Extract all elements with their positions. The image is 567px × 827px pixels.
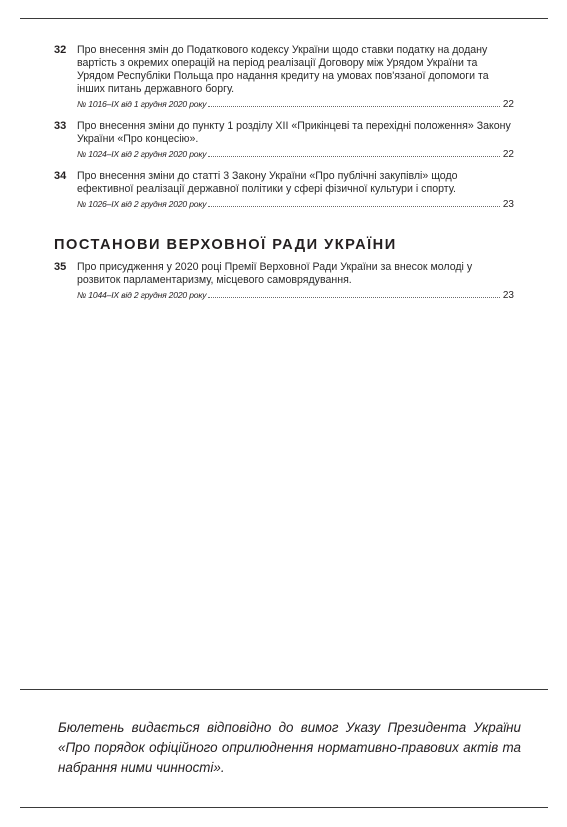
entry-number: 32 (54, 44, 66, 57)
entry-reference: № 1024–IX від 2 грудня 2020 року 22 (77, 149, 514, 160)
dot-leader (208, 106, 500, 107)
dot-leader (208, 156, 500, 157)
section-heading: ПОСТАНОВИ ВЕРХОВНОЇ РАДИ УКРАЇНИ (54, 237, 514, 253)
toc-entry-35[interactable]: 35 Про присудження у 2020 році Премії Ве… (54, 261, 514, 301)
notice-top-divider (20, 689, 548, 690)
page-number[interactable]: 22 (503, 99, 514, 110)
page-number[interactable]: 23 (503, 290, 514, 301)
table-of-contents: 32 Про внесення змін до Податкового коде… (54, 44, 514, 311)
entry-reference: № 1026–IX від 2 грудня 2020 року 23 (77, 199, 514, 210)
entry-number: 35 (54, 261, 66, 274)
toc-entry-33[interactable]: 33 Про внесення зміни до пункту 1 розділ… (54, 120, 514, 160)
document-number: № 1016–IX від 1 грудня 2020 року (77, 99, 206, 110)
notice-bottom-divider (20, 807, 548, 808)
entry-number: 34 (54, 170, 66, 183)
entry-number: 33 (54, 120, 66, 133)
entry-title: Про внесення зміни до статті 3 Закону Ук… (77, 170, 514, 196)
entry-reference: № 1044–IX від 2 грудня 2020 року 23 (77, 290, 514, 301)
entry-reference: № 1016–IX від 1 грудня 2020 року 22 (77, 99, 514, 110)
entry-title: Про внесення змін до Податкового кодексу… (77, 44, 514, 96)
page-number[interactable]: 22 (503, 149, 514, 160)
document-number: № 1024–IX від 2 грудня 2020 року (77, 149, 206, 160)
dot-leader (208, 297, 500, 298)
entry-title: Про внесення зміни до пункту 1 розділу X… (77, 120, 514, 146)
dot-leader (208, 206, 500, 207)
publication-notice: Бюлетень видається відповідно до вимог У… (58, 718, 521, 778)
top-divider (20, 18, 548, 19)
page-number[interactable]: 23 (503, 199, 514, 210)
document-number: № 1026–IX від 2 грудня 2020 року (77, 199, 206, 210)
document-number: № 1044–IX від 2 грудня 2020 року (77, 290, 206, 301)
toc-entry-34[interactable]: 34 Про внесення зміни до статті 3 Закону… (54, 170, 514, 210)
entry-title: Про присудження у 2020 році Премії Верхо… (77, 261, 514, 287)
toc-entry-32[interactable]: 32 Про внесення змін до Податкового коде… (54, 44, 514, 110)
